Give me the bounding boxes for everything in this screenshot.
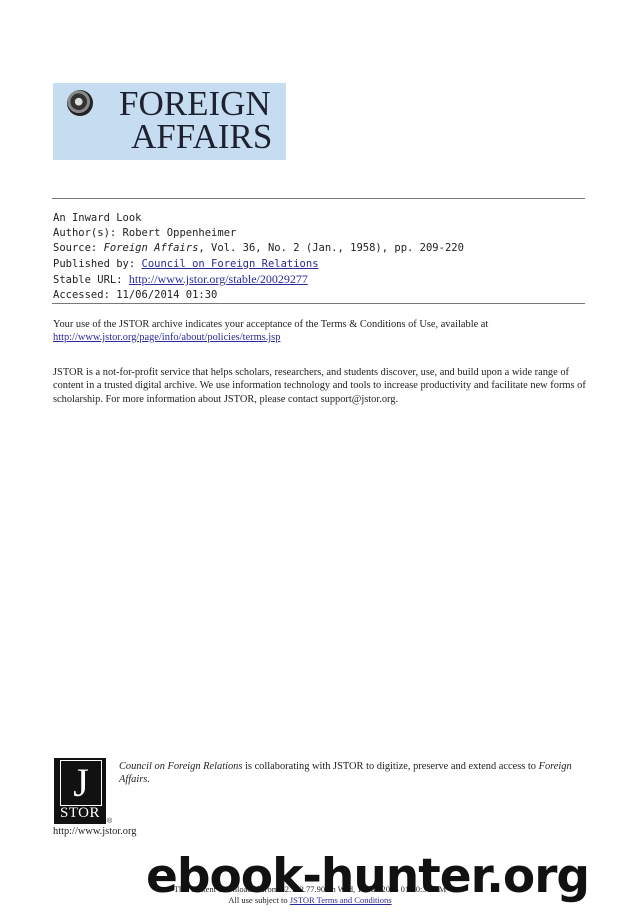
accessed-line: Accessed: 11/06/2014 01:30 xyxy=(53,288,464,303)
author-line: Author(s): Robert Oppenheimer xyxy=(53,226,464,241)
registered-icon: ® xyxy=(107,818,112,825)
source-line: Source: Foreign Affairs, Vol. 36, No. 2 … xyxy=(53,241,464,256)
journal-name: Foreign Affairs xyxy=(104,242,199,254)
publisher-link[interactable]: Council on Foreign Relations xyxy=(142,258,319,270)
watermark: ebook-hunter.org xyxy=(146,852,589,902)
collaboration-notice: Council on Foreign Relations is collabor… xyxy=(119,760,589,786)
jstor-url: http://www.jstor.org xyxy=(53,826,136,837)
stable-url-line: Stable URL: http://www.jstor.org/stable/… xyxy=(53,272,464,288)
article-title: An Inward Look xyxy=(53,211,464,226)
author-name: Robert Oppenheimer xyxy=(123,227,237,239)
jstor-about: JSTOR is a not-for-profit service that h… xyxy=(53,366,593,406)
jstor-j-glyph: J xyxy=(60,760,102,806)
logo-line-2: AFFAIRS xyxy=(131,118,272,156)
terms-link[interactable]: http://www.jstor.org/page/info/about/pol… xyxy=(53,332,280,343)
collab-org: Council on Foreign Relations xyxy=(119,761,242,772)
top-divider xyxy=(52,198,585,199)
foreign-affairs-logo: FOREIGN AFFAIRS xyxy=(53,83,286,160)
jstor-logo: J STOR xyxy=(54,758,106,824)
citation-block: An Inward Look Author(s): Robert Oppenhe… xyxy=(53,211,464,303)
jstor-wordmark: STOR xyxy=(54,805,106,822)
stable-url-link[interactable]: http://www.jstor.org/stable/20029277 xyxy=(129,272,308,286)
publisher-line: Published by: Council on Foreign Relatio… xyxy=(53,257,464,272)
bottom-divider xyxy=(52,303,585,304)
globe-emblem-icon xyxy=(67,90,93,116)
terms-notice: Your use of the JSTOR archive indicates … xyxy=(53,318,593,344)
